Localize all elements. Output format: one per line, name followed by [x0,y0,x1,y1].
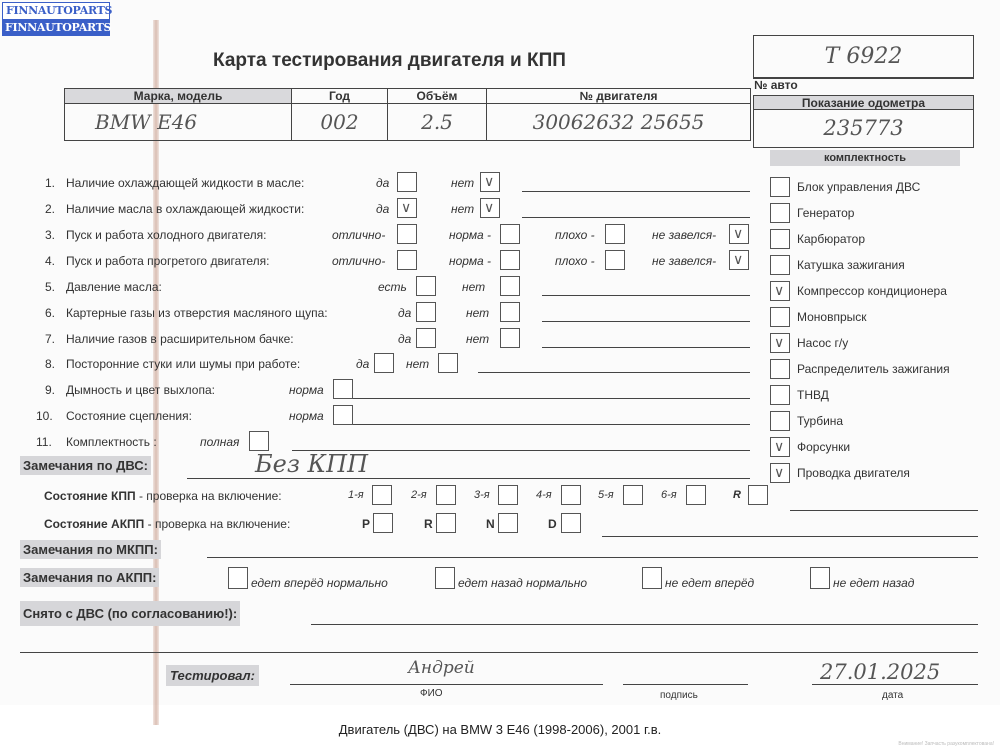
option-checkbox[interactable]: ∨ [397,198,417,218]
completeness-checkbox[interactable] [770,229,790,249]
check-question: Пуск и работа холодного двигателя: [66,228,266,242]
check-number: 5. [45,280,55,294]
mode-label: R [424,517,433,531]
check-notes-line[interactable] [522,191,750,192]
date-caption: дата [882,690,903,701]
option-label: полная [200,435,239,449]
gear-label: 5-я [598,489,614,501]
check-notes-line[interactable] [542,347,750,348]
option-checkbox[interactable] [397,250,417,270]
auto-gearbox-label-rest: - проверка на включение: [144,517,290,531]
gear-checkbox[interactable] [561,485,581,505]
gear-checkbox[interactable] [436,485,456,505]
auto-remark-label: едет назад нормально [458,576,587,590]
auto-gearbox-label: Состояние АКПП - проверка на включение: [44,517,290,531]
gear-label: 1-я [348,489,364,501]
gear-checkbox[interactable] [748,485,768,505]
check-notes-line[interactable] [522,217,750,218]
option-checkbox[interactable] [500,250,520,270]
completeness-checkbox[interactable] [770,359,790,379]
option-label: да [398,306,411,320]
auto-remark-label: не едет назад [833,576,914,590]
completeness-item-label: Проводка двигателя [797,466,910,480]
completeness-item-label: Насос г/у [797,336,848,350]
check-mark-icon: ∨ [401,200,411,214]
manual-remarks-line [207,557,978,558]
option-checkbox[interactable]: ∨ [729,224,749,244]
col-make-model: Марка, модель [65,89,292,104]
tester-name-line [290,684,603,685]
completeness-item-label: Генератор [797,206,854,220]
completeness-item-label: Карбюратор [797,232,865,246]
check-question: Наличие охлаждающей жидкости в масле: [66,176,304,190]
auto-remark-checkbox[interactable] [810,567,830,589]
date-line [812,684,978,685]
check-question: Состояние сцепления: [66,409,192,423]
auto-gearbox-label-bold: Состояние АКПП [44,517,144,531]
check-question: Посторонние стуки или шумы при работе: [66,357,300,371]
option-checkbox[interactable] [605,250,625,270]
check-mark-icon: ∨ [484,174,494,188]
option-checkbox[interactable] [416,328,436,348]
mode-label: P [362,517,370,531]
completeness-checkbox[interactable] [770,203,790,223]
auto-remark-checkbox[interactable] [228,567,248,589]
completeness-checkbox[interactable] [770,411,790,431]
check-question: Дымность и цвет выхлопа: [66,383,215,397]
gear-label: 3-я [474,489,490,501]
check-notes-line[interactable] [478,372,750,373]
make-model-value: BMW E46 [65,104,292,141]
tested-by-label: Тестировал: [166,665,259,686]
option-checkbox[interactable] [416,276,436,296]
option-label: норма [289,383,324,397]
option-label: норма - [449,254,491,268]
check-question: Комплектность : [66,435,157,449]
option-checkbox[interactable] [397,224,417,244]
completeness-title: комплектность [770,150,960,166]
check-notes-line[interactable] [353,424,750,425]
gear-label: 2-я [411,489,427,501]
auto-remark-label: не едет вперёд [665,576,754,590]
completeness-checkbox[interactable] [770,307,790,327]
mode-label: N [486,517,495,531]
engine-number-value: 30062632 25655 [487,104,751,141]
manual-gearbox-label-rest: - проверка на включение: [136,489,282,503]
check-mark-icon: ∨ [774,439,784,453]
manual-gearbox-label: Состояние КПП - проверка на включение: [44,489,282,503]
option-checkbox[interactable] [500,302,520,322]
check-number: 10. [36,409,53,423]
gear-label: R [733,489,741,501]
vehicle-info-table: Марка, модель Год Объём № двигателя BMW … [64,88,751,141]
engine-remarks-line [187,478,750,479]
option-checkbox[interactable] [333,405,353,425]
option-label: плохо - [555,254,595,268]
logo-line-2: FINNAUTOPARTS [2,20,110,36]
gear-checkbox[interactable] [498,485,518,505]
option-label: нет [466,306,489,320]
check-number: 4. [45,254,55,268]
auto-remark-label: едет вперёд нормально [251,576,388,590]
auto-number-box: T 6922 № авто [753,35,974,79]
page-title: Карта тестирования двигателя и КПП [213,50,566,72]
check-notes-line[interactable] [353,398,750,399]
auto-remark-checkbox[interactable] [642,567,662,589]
mode-checkbox[interactable] [561,513,581,533]
gear-label: 4-я [536,489,552,501]
removed-label: Снято с ДВС (по согласованию!): [20,601,240,626]
completeness-checkbox[interactable] [770,255,790,275]
option-label: да [356,357,369,371]
option-label: плохо - [555,228,595,242]
option-checkbox[interactable] [438,353,458,373]
completeness-item-label: Катушка зажигания [797,258,905,272]
option-label: да [376,202,389,216]
engine-remarks-value[interactable]: Без КПП [255,450,368,478]
tester-name-value[interactable]: Андрей [408,658,475,678]
col-volume: Объём [388,89,487,104]
completeness-checkbox[interactable]: ∨ [770,281,790,301]
auto-number-value: T 6922 [754,36,973,78]
auto-gearbox-line [602,536,978,537]
check-number: 7. [45,332,55,346]
option-checkbox[interactable] [333,379,353,399]
option-label: отлично- [332,254,385,268]
option-checkbox[interactable] [605,224,625,244]
manual-gearbox-line [790,510,978,511]
date-value[interactable]: 27.01.2025 [820,660,940,684]
option-label: отлично- [332,228,385,242]
check-question: Пуск и работа прогретого двигателя: [66,254,270,268]
completeness-checkbox[interactable] [770,385,790,405]
check-mark-icon: ∨ [733,252,743,266]
check-number: 11. [36,435,52,449]
gear-checkbox[interactable] [686,485,706,505]
manual-gearbox-label-bold: Состояние КПП [44,489,136,503]
check-mark-icon: ∨ [774,283,784,297]
check-notes-line[interactable] [542,295,750,296]
completeness-item-label: Компрессор кондиционера [797,284,947,298]
auto-number-label: № авто [754,78,798,93]
option-checkbox[interactable] [500,276,520,296]
option-label: норма [289,409,324,423]
completeness-item-label: Турбина [797,414,843,428]
gear-checkbox[interactable] [623,485,643,505]
signature-caption: подпись [660,690,698,701]
check-number: 1. [45,176,55,190]
completeness-item-label: ТНВД [797,388,829,402]
option-checkbox[interactable] [500,328,520,348]
signature-line [623,684,748,685]
check-notes-line[interactable] [542,321,750,322]
mode-label: D [548,517,557,531]
option-checkbox[interactable] [500,224,520,244]
mode-checkbox[interactable] [498,513,518,533]
logo-line-1: FINNAUTOPARTS [2,2,110,20]
tester-name-caption: ФИО [420,688,443,699]
option-label: норма - [449,228,491,242]
completeness-checkbox[interactable]: ∨ [770,437,790,457]
check-mark-icon: ∨ [774,465,784,479]
completeness-checkbox[interactable]: ∨ [770,333,790,353]
gear-checkbox[interactable] [372,485,392,505]
col-year: Год [292,89,388,104]
removed-line [311,624,978,625]
check-mark-icon: ∨ [733,226,743,240]
completeness-item-label: Форсунки [797,440,850,454]
mode-checkbox[interactable] [373,513,393,533]
page-caption: Двигатель (ДВС) на BMW 3 E46 (1998-2006)… [0,722,1000,737]
option-label: есть [378,280,407,294]
check-mark-icon: ∨ [484,200,494,214]
check-question: Наличие масла в охлаждающей жидкости: [66,202,304,216]
mode-checkbox[interactable] [436,513,456,533]
option-checkbox[interactable]: ∨ [480,198,500,218]
option-label: да [376,176,389,190]
option-label: нет [462,280,485,294]
engine-remarks-label: Замечания по ДВС: [20,456,151,475]
check-question: Наличие газов в расширительном бачке: [66,332,294,346]
auto-remark-checkbox[interactable] [435,567,455,589]
option-checkbox[interactable] [374,353,394,373]
check-number: 3. [45,228,55,242]
completeness-checkbox[interactable] [770,177,790,197]
odometer-value: 235773 [753,109,974,148]
finnautoparts-logo: FINNAUTOPARTS FINNAUTOPARTS [2,2,110,36]
check-question: Давление масла: [66,280,162,294]
check-number: 2. [45,202,55,216]
option-label: не завелся- [652,254,716,268]
check-mark-icon: ∨ [774,335,784,349]
option-label: нет [466,332,489,346]
watermark-text: Внимание! Запчасть разукомплектована! [898,741,994,747]
option-label: нет [406,357,429,371]
completeness-item-label: Блок управления ДВС [797,180,920,194]
option-label: нет [451,202,474,216]
option-checkbox[interactable]: ∨ [480,172,500,192]
option-label: да [398,332,411,346]
volume-value: 2.5 [388,104,487,141]
completeness-item-label: Моновпрыск [797,310,867,324]
option-checkbox[interactable] [249,431,269,451]
option-checkbox[interactable] [397,172,417,192]
check-number: 8. [45,357,55,371]
odometer-label: Показание одометра [753,95,974,110]
year-value: 002 [292,104,388,141]
removed-line-2 [20,652,978,653]
check-question: Картерные газы из отверстия масляного щу… [66,306,328,320]
completeness-item-label: Распределитель зажигания [797,362,950,376]
col-engine-number: № двигателя [487,89,751,104]
auto-remarks-label: Замечания по АКПП: [20,568,159,587]
check-number: 9. [45,383,55,397]
option-label: нет [451,176,474,190]
option-checkbox[interactable] [416,302,436,322]
completeness-checkbox[interactable]: ∨ [770,463,790,483]
option-label: не завелся- [652,228,716,242]
check-number: 6. [45,306,55,320]
manual-remarks-label: Замечания по МКПП: [20,540,161,559]
option-checkbox[interactable]: ∨ [729,250,749,270]
gear-label: 6-я [661,489,677,501]
